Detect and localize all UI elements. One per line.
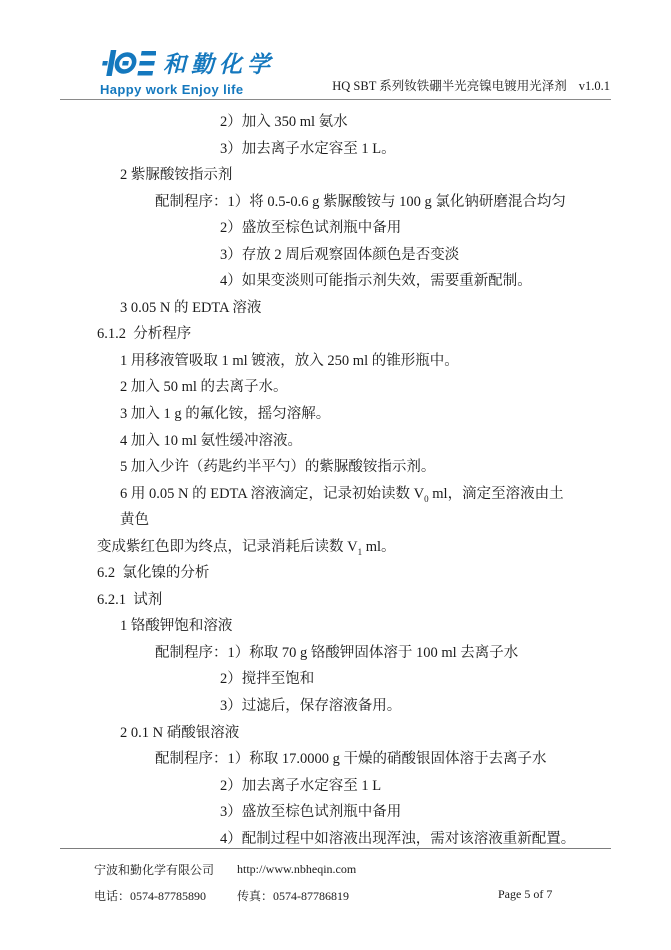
- doc-line: 3）盛放至棕色试剂瓶中备用: [97, 799, 577, 826]
- doc-line: 2 加入 50 ml 的去离子水。: [97, 374, 577, 401]
- doc-line: 2 0.1 N 硝酸银溶液: [97, 720, 577, 747]
- footer-phone: 电话：0574-87785890: [94, 887, 206, 904]
- doc-line: 3 0.05 N 的 EDTA 溶液: [97, 295, 577, 322]
- company-logo: 和勤化学 Happy work Enjoy life: [100, 46, 275, 97]
- doc-line: 4）如果变淡则可能指示剂失效，需要重新配制。: [97, 268, 577, 295]
- doc-line: 2）盛放至棕色试剂瓶中备用: [97, 215, 577, 242]
- doc-line: 2）加入 350 ml 氨水: [97, 109, 577, 136]
- doc-line: 4 加入 10 ml 氨性缓冲溶液。: [97, 428, 577, 455]
- doc-line: 3）存放 2 周后观察固体颜色是否变淡: [97, 242, 577, 269]
- document-page: 和勤化学 Happy work Enjoy life HQ SBT 系列钕铁硼半…: [0, 0, 671, 950]
- doc-line: 2）加去离子水定容至 1 L: [97, 773, 577, 800]
- doc-line: 2 紫脲酸铵指示剂: [97, 162, 577, 189]
- document-version: v1.0.1: [579, 79, 610, 93]
- footer-company-name: 宁波和勤化学有限公司: [94, 861, 214, 878]
- logo-tagline: Happy work Enjoy life: [100, 82, 275, 97]
- footer-page-number: Page 5 of 7: [498, 887, 552, 902]
- doc-line: 5 加入少许（药匙约半平勺）的紫脲酸铵指示剂。: [97, 454, 577, 481]
- doc-text: 6 用 0.05 N 的 EDTA 溶液滴定，记录初始读数 V: [120, 486, 424, 502]
- doc-line: 2）搅拌至饱和: [97, 666, 577, 693]
- document-title: HQ SBT 系列钕铁硼半光亮镍电镀用光泽剂v1.0.1: [332, 76, 610, 94]
- doc-line: 3）过滤后，保存溶液备用。: [97, 693, 577, 720]
- footer-fax: 传真：0574-87786819: [237, 887, 349, 904]
- doc-text: 变成紫红色即为终点，记录消耗后读数 V: [97, 539, 358, 555]
- doc-text: ml。: [362, 539, 395, 555]
- logo-wordmark: 和勤化学: [163, 46, 275, 79]
- doc-line-with-subscript: 6 用 0.05 N 的 EDTA 溶液滴定，记录初始读数 V0 ml，滴定至溶…: [97, 481, 577, 534]
- document-title-text: HQ SBT 系列钕铁硼半光亮镍电镀用光泽剂: [332, 79, 567, 93]
- doc-line-with-subscript: 变成紫红色即为终点，记录消耗后读数 V1 ml。: [97, 534, 577, 561]
- doc-line: 配制程序：1）称取 70 g 铬酸钾固体溶于 100 ml 去离子水: [97, 640, 577, 667]
- footer-divider: [60, 848, 611, 849]
- doc-section-heading: 6.2 氯化镍的分析: [97, 560, 577, 587]
- document-body: 2）加入 350 ml 氨水 3）加去离子水定容至 1 L。 2 紫脲酸铵指示剂…: [97, 109, 577, 852]
- doc-section-heading: 6.2.1 试剂: [97, 587, 577, 614]
- doc-line: 1 铬酸钾饱和溶液: [97, 613, 577, 640]
- footer-website: http://www.nbheqin.com: [237, 862, 356, 877]
- doc-line: 3 加入 1 g 的氟化铵，摇匀溶解。: [97, 401, 577, 428]
- doc-section-heading: 6.1.2 分析程序: [97, 321, 577, 348]
- doc-line: 配制程序：1）称取 17.0000 g 干燥的硝酸银固体溶于去离子水: [97, 746, 577, 773]
- doc-line: 3）加去离子水定容至 1 L。: [97, 136, 577, 163]
- doc-line: 配制程序：1）将 0.5-0.6 g 紫脲酸铵与 100 g 氯化钠研磨混合均匀: [97, 189, 577, 216]
- doc-line: 1 用移液管吸取 1 ml 镀液，放入 250 ml 的锥形瓶中。: [97, 348, 577, 375]
- hqe-logo-icon: [100, 49, 156, 77]
- header-divider: [60, 99, 611, 100]
